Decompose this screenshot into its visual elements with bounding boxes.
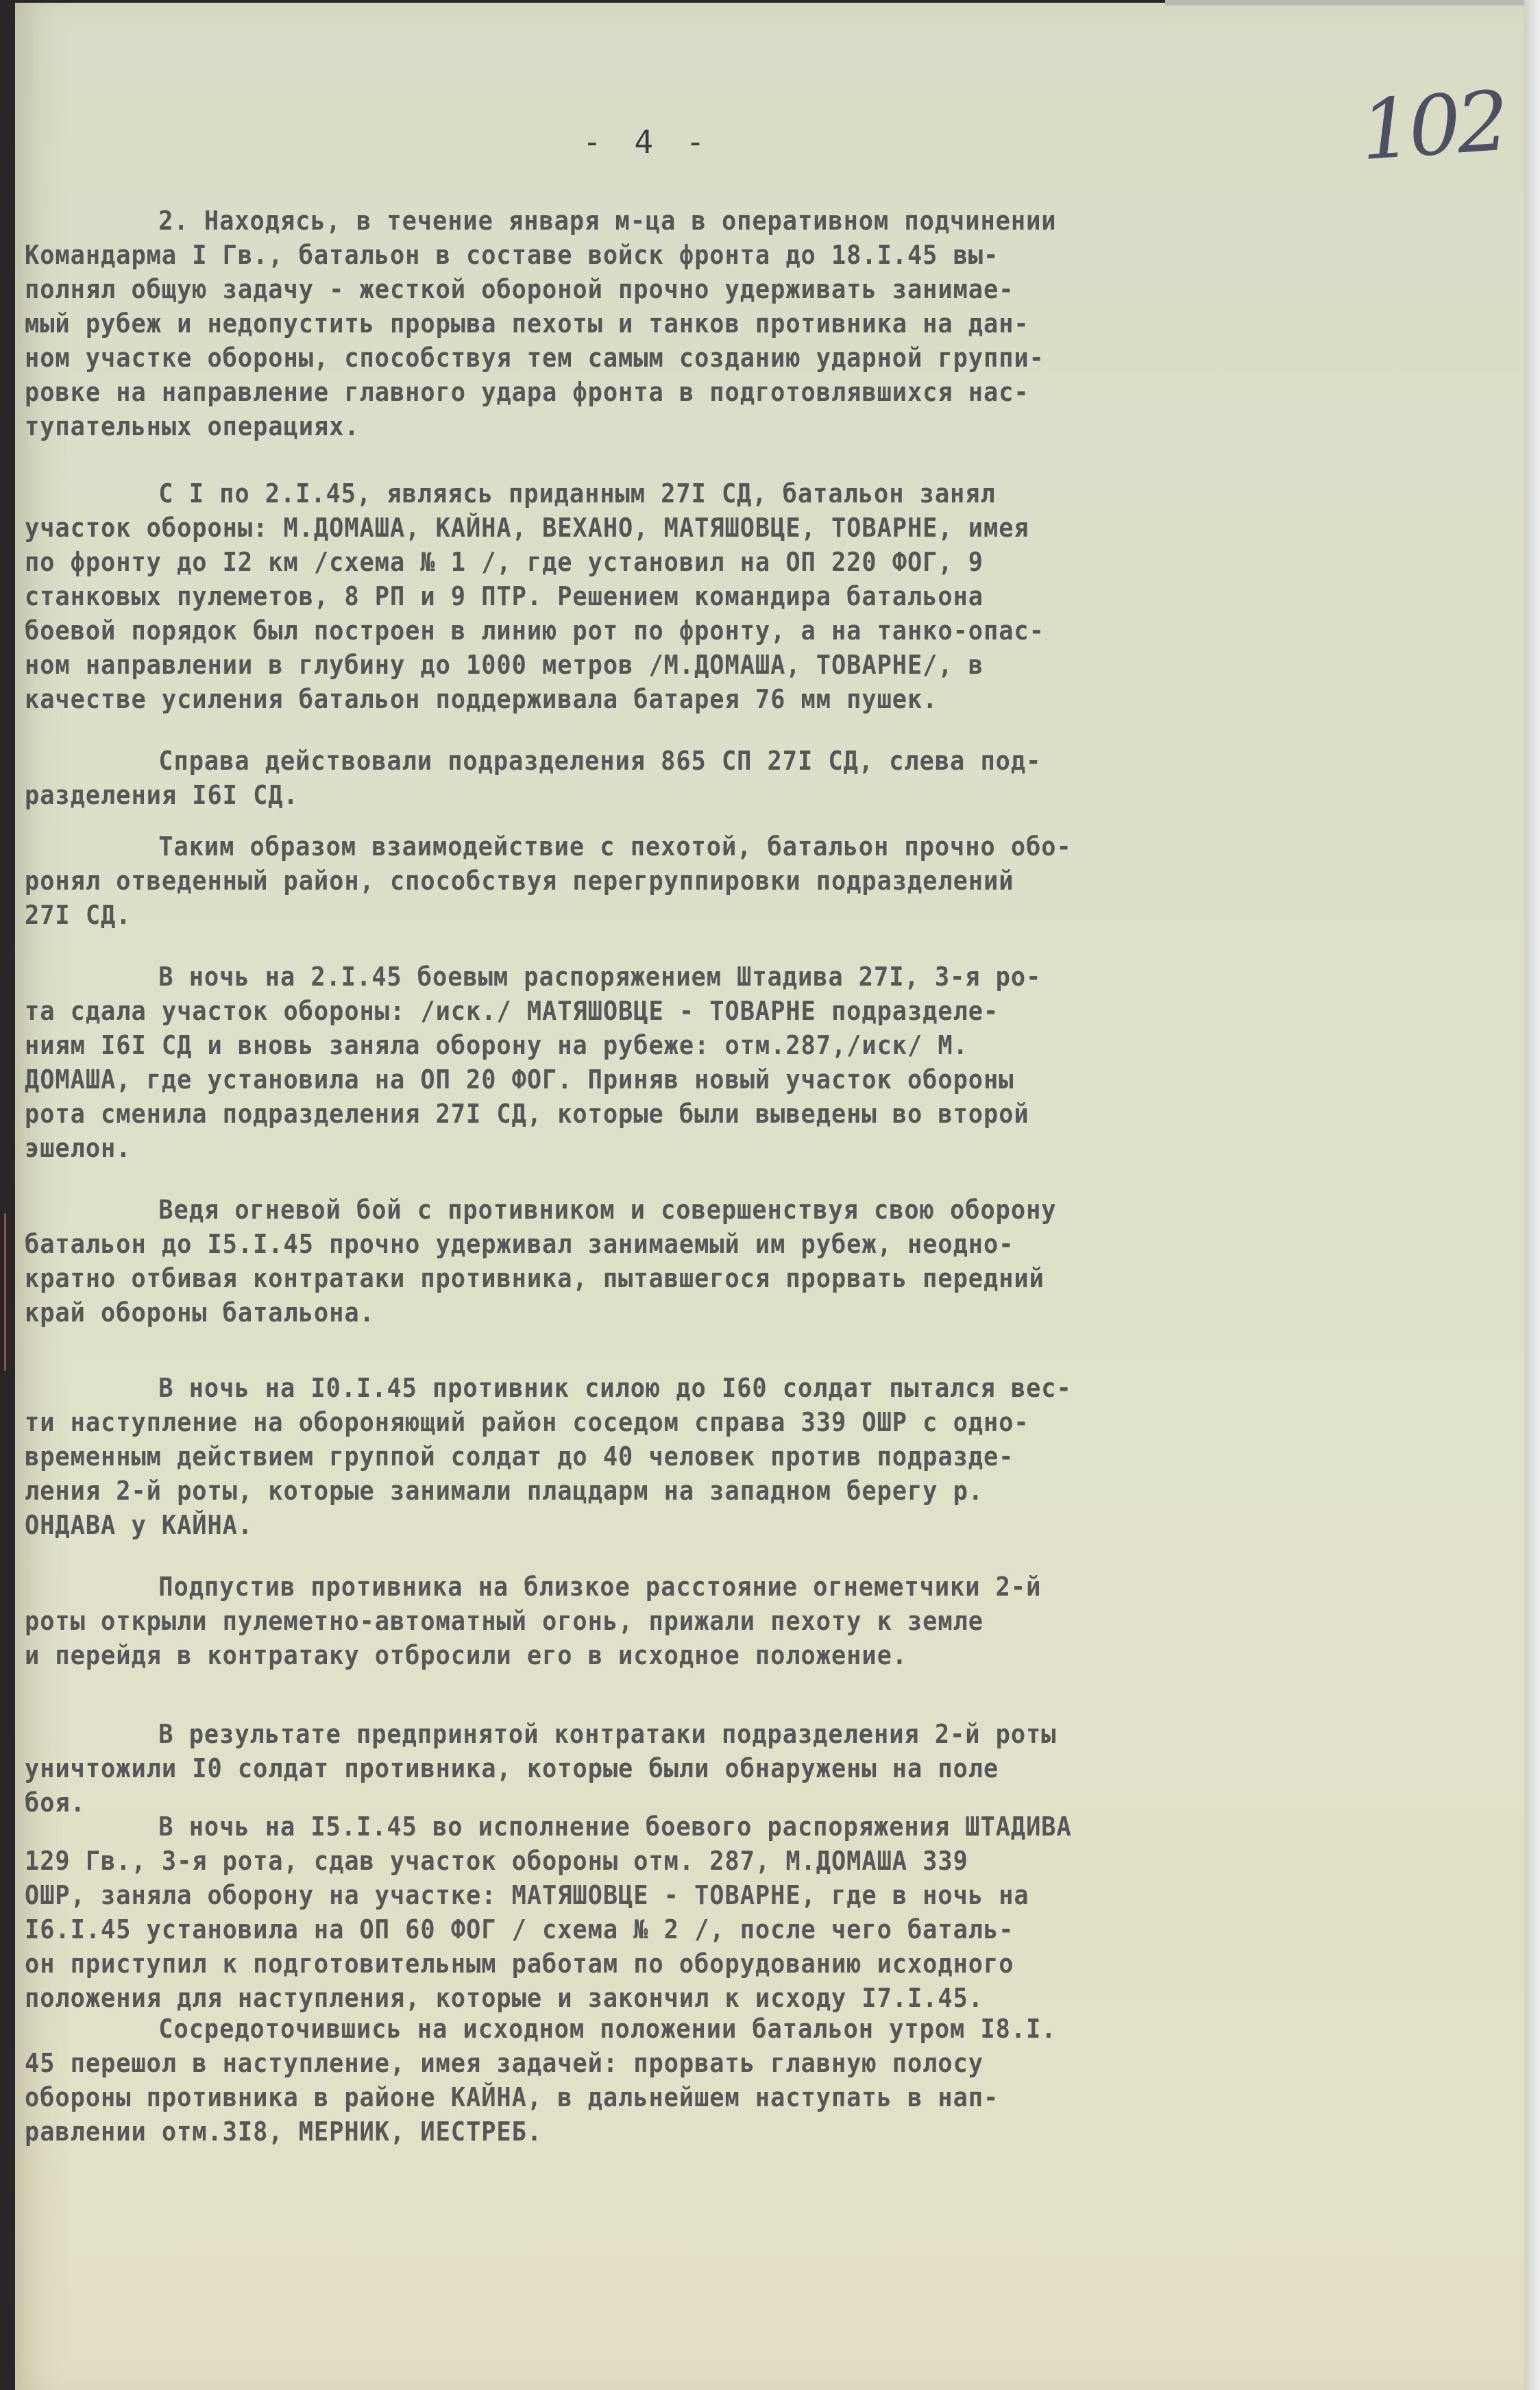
text-line: ДОМАША, где установила на ОП 20 ФОГ. При… — [25, 1062, 1427, 1097]
paragraph: В ночь на 2.I.45 боевым распоряжением Шт… — [25, 960, 1532, 1165]
text-line: ниям I6I СД и вновь заняла оборону на ру… — [25, 1028, 1427, 1062]
paragraph: В ночь на I5.I.45 во исполнение боевого … — [25, 1809, 1532, 2015]
text-line: ОНДАВА у КАЙНА. — [25, 1508, 1427, 1542]
text-line: мый рубеж и недопустить прорыва пехоты и… — [25, 306, 1427, 341]
text-line: ти наступление на обороняющий район сосе… — [25, 1405, 1427, 1439]
text-line: 27I СД. — [25, 898, 1427, 932]
paragraph: Сосредоточившись на исходном положении б… — [25, 2012, 1532, 2149]
text-line: качестве усиления батальон поддерживала … — [25, 682, 1427, 716]
text-line: полнял общую задачу - жесткой обороной п… — [25, 272, 1427, 306]
text-line: Сосредоточившись на исходном положении б… — [25, 2012, 1427, 2046]
text-line: роты открыли пулеметно-автоматный огонь,… — [25, 1604, 1427, 1638]
paragraph: В результате предпринятой контратаки под… — [25, 1717, 1532, 1820]
text-line: край обороны батальона. — [25, 1295, 1427, 1330]
paragraph: Ведя огневой бой с противником и соверше… — [25, 1193, 1532, 1330]
page-top-edge — [1165, 0, 1540, 5]
text-line: Ведя огневой бой с противником и соверше… — [25, 1193, 1427, 1227]
text-line: 45 перешол в наступление, имея задачей: … — [25, 2046, 1427, 2080]
paragraph: 2. Находясь, в течение января м-ца в опе… — [25, 204, 1532, 443]
text-line: станковых пулеметов, 8 РП и 9 ПТР. Решен… — [25, 579, 1427, 613]
text-line: тупательных операциях. — [25, 409, 1427, 443]
text-line: В ночь на 2.I.45 боевым распоряжением Шт… — [25, 960, 1427, 994]
text-line: ления 2-й роты, которые занимали плацдар… — [25, 1474, 1427, 1508]
text-line: по фронту до I2 км /схема № 1 /, где уст… — [25, 545, 1427, 579]
handwritten-folio-number: 102 — [1357, 74, 1508, 179]
text-line: 2. Находясь, в течение января м-ца в опе… — [25, 204, 1427, 238]
paragraph: Подпустив противника на близкое расстоян… — [25, 1570, 1532, 1672]
text-line: С I по 2.I.45, являясь приданным 27I СД,… — [25, 476, 1427, 511]
text-line: та сдала участок обороны: /иск./ МАТЯШОВ… — [25, 994, 1427, 1028]
text-line: I6.I.45 установила на ОП 60 ФОГ / схема … — [25, 1912, 1427, 1947]
paragraph: В ночь на I0.I.45 противник силою до I60… — [25, 1371, 1532, 1542]
text-line: 129 Гв., 3-я рота, сдав участок обороны … — [25, 1844, 1427, 1878]
text-line: рота сменила подразделения 27I СД, котор… — [25, 1097, 1427, 1131]
paragraph: С I по 2.I.45, являясь приданным 27I СД,… — [25, 476, 1532, 716]
text-line: обороны противника в районе КАЙНА, в дал… — [25, 2080, 1427, 2114]
text-line: В результате предпринятой контратаки под… — [25, 1717, 1427, 1751]
text-line: он приступил к подготовительным работам … — [25, 1947, 1427, 1981]
page-number: - 4 - — [583, 123, 711, 160]
paragraph: Таким образом взаимодействие с пехотой, … — [25, 829, 1532, 932]
text-line: кратно отбивая контратаки противника, пы… — [25, 1261, 1427, 1295]
text-line: В ночь на I0.I.45 противник силою до I60… — [25, 1371, 1427, 1405]
text-line: положения для наступления, которые и зак… — [25, 1981, 1427, 2015]
text-line: Таким образом взаимодействие с пехотой, … — [25, 829, 1427, 864]
text-line: ронял отведенный район, способствуя пере… — [25, 864, 1427, 898]
text-line: Подпустив противника на близкое расстоян… — [25, 1570, 1427, 1604]
text-line: равлении отм.3I8, МЕРНИК, ИЕСТРЕБ. — [25, 2114, 1427, 2149]
text-line: Командарма I Гв., батальон в составе вой… — [25, 238, 1427, 272]
text-line: ном участке обороны, способствуя тем сам… — [25, 341, 1427, 375]
paragraph: Справа действовали подразделения 865 СП … — [25, 744, 1532, 812]
text-line: ОШР, заняла оборону на участке: МАТЯШОВЦ… — [25, 1878, 1427, 1912]
text-line: временным действием группой солдат до 40… — [25, 1439, 1427, 1474]
text-line: участок обороны: М.ДОМАША, КАЙНА, ВЕХАНО… — [25, 511, 1427, 545]
text-line: В ночь на I5.I.45 во исполнение боевого … — [25, 1809, 1427, 1844]
text-line: ном направлении в глубину до 1000 метров… — [25, 648, 1427, 682]
text-line: ровке на направление главного удара фрон… — [25, 375, 1427, 409]
text-line: эшелон. — [25, 1131, 1427, 1165]
text-line: и перейдя в контратаку отбросили его в и… — [25, 1638, 1427, 1672]
text-line: уничтожили I0 солдат противника, которые… — [25, 1751, 1427, 1785]
text-line: боевой порядок был построен в линию рот … — [25, 613, 1427, 648]
text-line: разделения I6I СД. — [25, 778, 1427, 812]
margin-pencil-mark — [4, 1213, 6, 1371]
text-line: батальон до I5.I.45 прочно удерживал зан… — [25, 1227, 1427, 1261]
text-line: Справа действовали подразделения 865 СП … — [25, 744, 1427, 778]
